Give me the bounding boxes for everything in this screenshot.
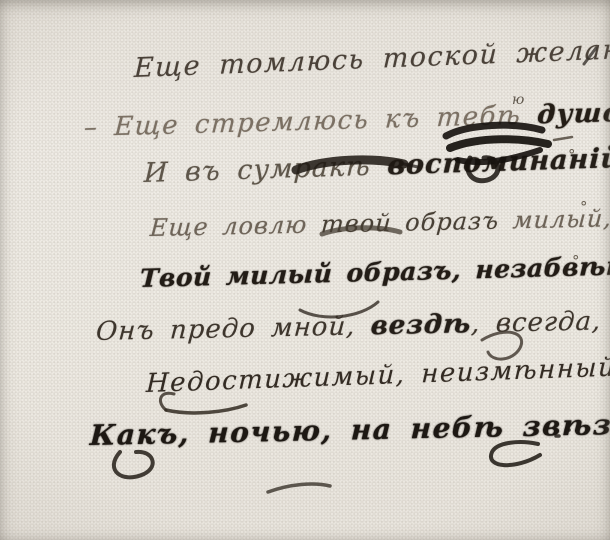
line-6-bold-word: вездѣ [370, 309, 473, 341]
line-4-text-end: милый, и [498, 204, 610, 235]
stray-correction-letter: ю [512, 92, 524, 108]
stray-ink-ring-3: ° [572, 252, 580, 270]
line-5-text-end: незабвѣнный, [475, 249, 610, 284]
line-2-blotted-word: душой [536, 97, 610, 130]
line-8-text-end: звѣзда; [522, 407, 610, 443]
line-4-text: Еще ловлю [149, 210, 322, 242]
line-6-text-end: , всегда, [470, 306, 602, 339]
line-4-struck-words: твой образъ [320, 207, 500, 239]
stray-ink-ring-1: ° [568, 146, 576, 164]
manuscript-page: Еще томлюсь тоской желаній — – Еще стрем… [0, 0, 610, 540]
line-6-text: Онъ предо мной, [95, 311, 372, 347]
stray-ink-ring-2: ° [580, 198, 588, 216]
